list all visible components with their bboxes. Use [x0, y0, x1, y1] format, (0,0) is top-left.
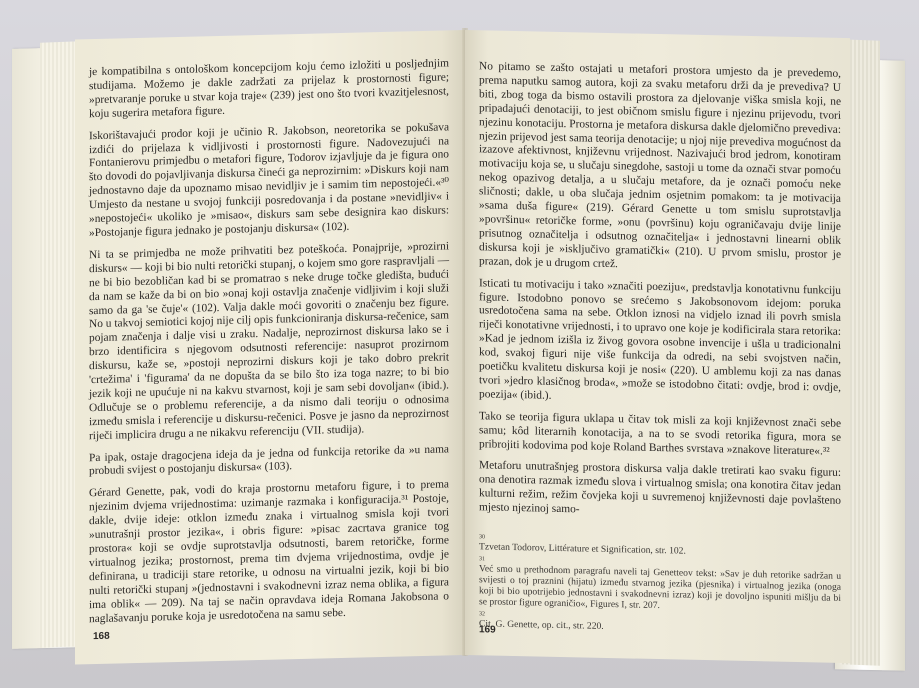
right-page: No pitamo se zašto ostajati u metafori p… — [465, 30, 850, 663]
paragraph: No pitamo se zašto ostajati u metafori p… — [479, 60, 841, 276]
left-page-body: je kompatibilna s ontološkom koncepcijom… — [89, 57, 449, 634]
paragraph: Ni ta se primjedba ne može prihvatiti be… — [89, 240, 449, 443]
page-number: 169 — [479, 624, 496, 635]
paragraph: Metaforu unutrašnjeg prostora diskursa v… — [479, 460, 841, 523]
footnotes: 30 Tzvetan Todorov, Littérature et Signi… — [479, 530, 841, 637]
paragraph: Isticati tu motivaciju i tako »značiti p… — [479, 277, 841, 410]
paragraph: Pa ipak, ostaje dragocjena ideja da je j… — [89, 443, 449, 480]
left-page: je kompatibilna s ontološkom koncepcijom… — [75, 30, 465, 665]
footnote-text: Već smo u prethodnom paragrafu naveli ta… — [479, 563, 841, 615]
paragraph: Tako se teorija figura uklapa u čitav to… — [479, 410, 841, 459]
paragraph: Gérard Genette, pak, vodi do kraja prost… — [89, 479, 449, 627]
page-number: 168 — [93, 631, 110, 642]
page-edges-left — [40, 41, 80, 647]
paragraph: je kompatibilna s ontološkom koncepcijom… — [89, 57, 449, 121]
right-page-body: No pitamo se zašto ostajati u metafori p… — [479, 60, 841, 531]
paragraph: Iskorištavajući prodor koji je učinio R.… — [89, 121, 449, 241]
